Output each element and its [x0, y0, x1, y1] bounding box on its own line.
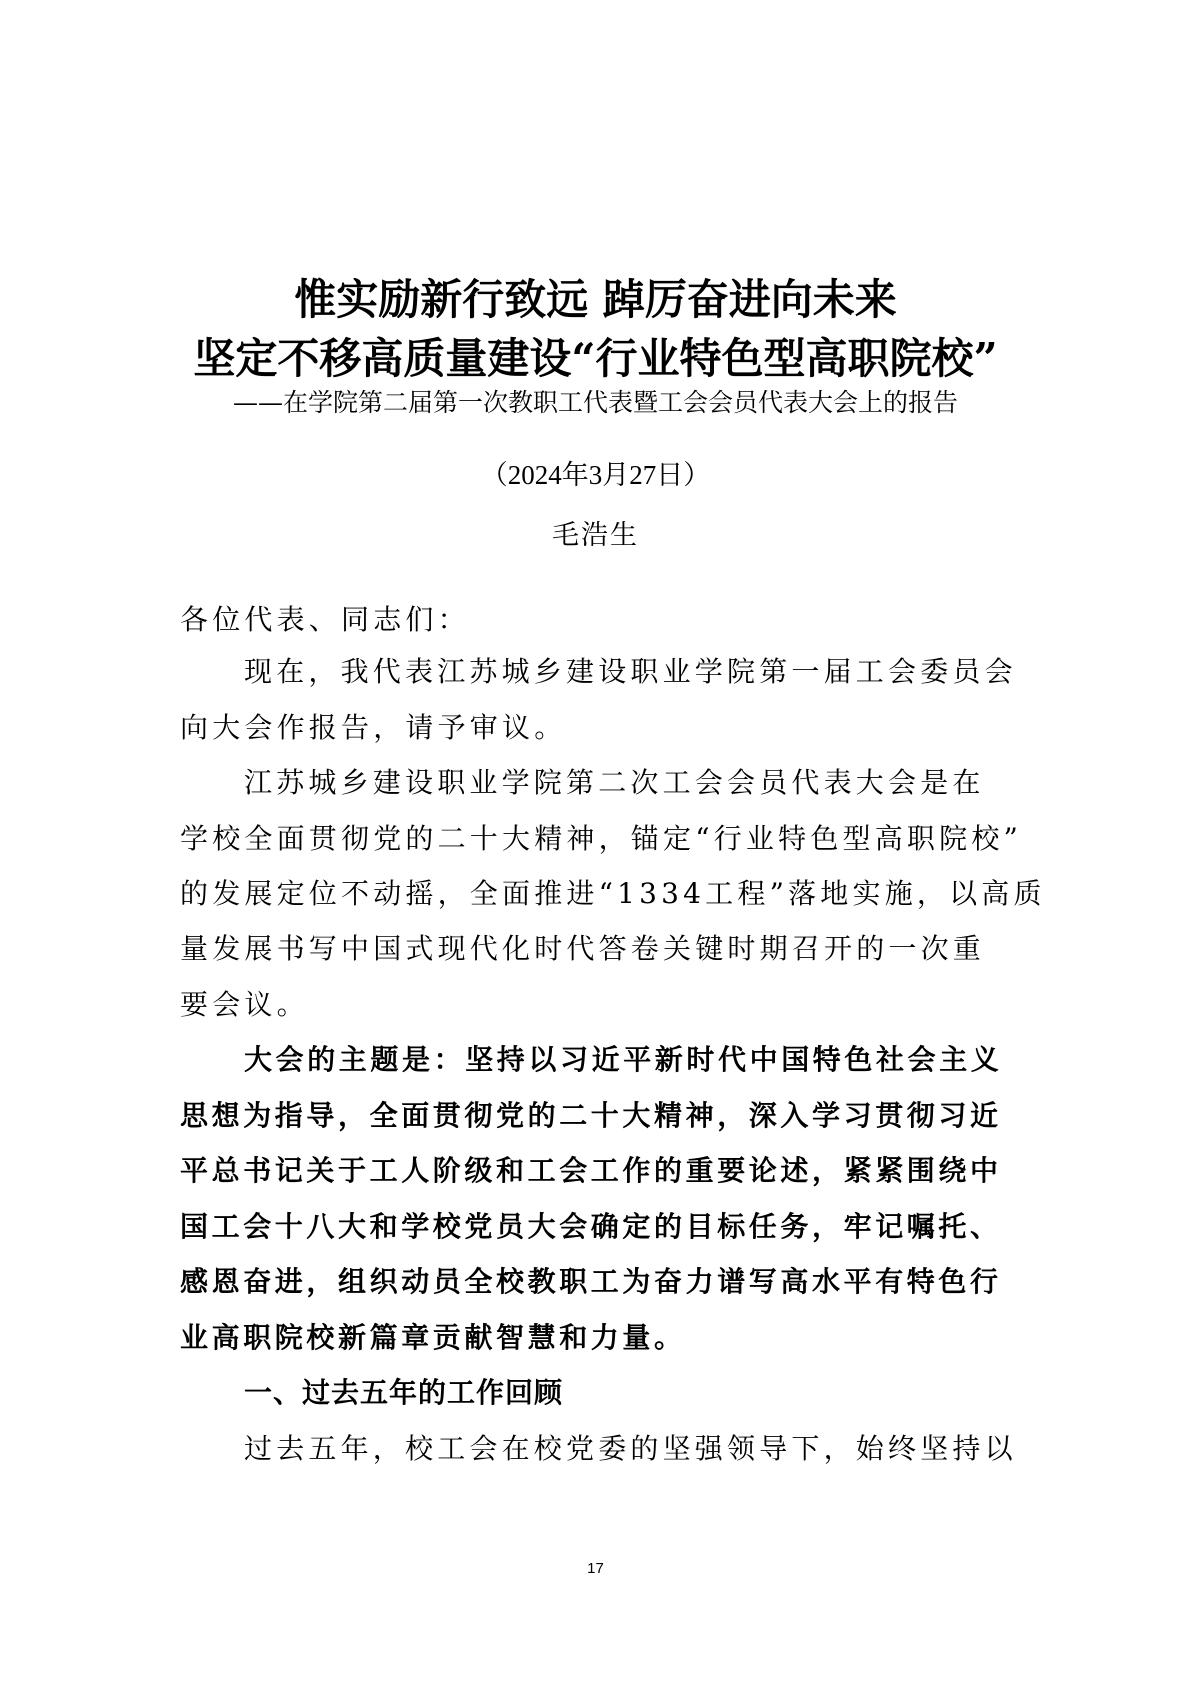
title-line-1: 惟实励新行致远 踔厉奋进向未来 — [0, 273, 1191, 327]
paragraph-3-line-3: 平总书记关于工人阶级和工会工作的重要论述，紧紧围绕中 — [180, 1151, 1010, 1191]
paragraph-1-line-1: 现在，我代表江苏城乡建设职业学院第一届工会委员会 — [244, 652, 1010, 692]
page-number: 17 — [0, 1559, 1191, 1579]
paragraph-2-line-3: 的发展定位不动摇，全面推进“1334工程”落地实施，以高质 — [180, 874, 1010, 914]
title-line-2: 坚定不移高质量建设“行业特色型高职院校” — [0, 332, 1191, 386]
paragraph-3-line-4: 国工会十八大和学校党员大会确定的目标任务，牢记嘱托、 — [180, 1207, 1010, 1247]
paragraph-3-line-6: 业高职院校新篇章贡献智慧和力量。 — [180, 1318, 1010, 1358]
paragraph-1-line-2: 向大会作报告，请予审议。 — [180, 708, 1010, 748]
paragraph-2-line-1: 江苏城乡建设职业学院第二次工会会员代表大会是在 — [244, 763, 1010, 803]
document-page: 惟实励新行致远 踔厉奋进向未来 坚定不移高质量建设“行业特色型高职院校” ——在… — [0, 0, 1191, 1684]
paragraph-2-line-4: 量发展书写中国式现代化时代答卷关键时期召开的一次重 — [180, 929, 1010, 969]
section-heading: 一、过去五年的工作回顾 — [244, 1373, 1010, 1413]
salutation: 各位代表、同志们： — [180, 600, 1010, 640]
paragraph-3-line-1: 大会的主题是：坚持以习近平新时代中国特色社会主义 — [244, 1040, 1010, 1080]
subtitle: ——在学院第二届第一次教职工代表暨工会会员代表大会上的报告 — [0, 386, 1191, 420]
paragraph-3-line-5: 感恩奋进，组织动员全校教职工为奋力谱写高水平有特色行 — [180, 1262, 1010, 1302]
author-name: 毛浩生 — [0, 518, 1191, 554]
paragraph-2-line-5: 要会议。 — [180, 985, 1010, 1025]
section-paragraph-line-1: 过去五年，校工会在校党委的坚强领导下，始终坚持以 — [244, 1429, 1010, 1469]
paragraph-3-line-2: 思想为指导，全面贯彻党的二十大精神，深入学习贯彻习近 — [180, 1096, 1010, 1136]
report-date: （2024年3月27日） — [0, 457, 1191, 493]
paragraph-2-line-2: 学校全面贯彻党的二十大精神，锚定“行业特色型高职院校” — [180, 819, 1010, 859]
